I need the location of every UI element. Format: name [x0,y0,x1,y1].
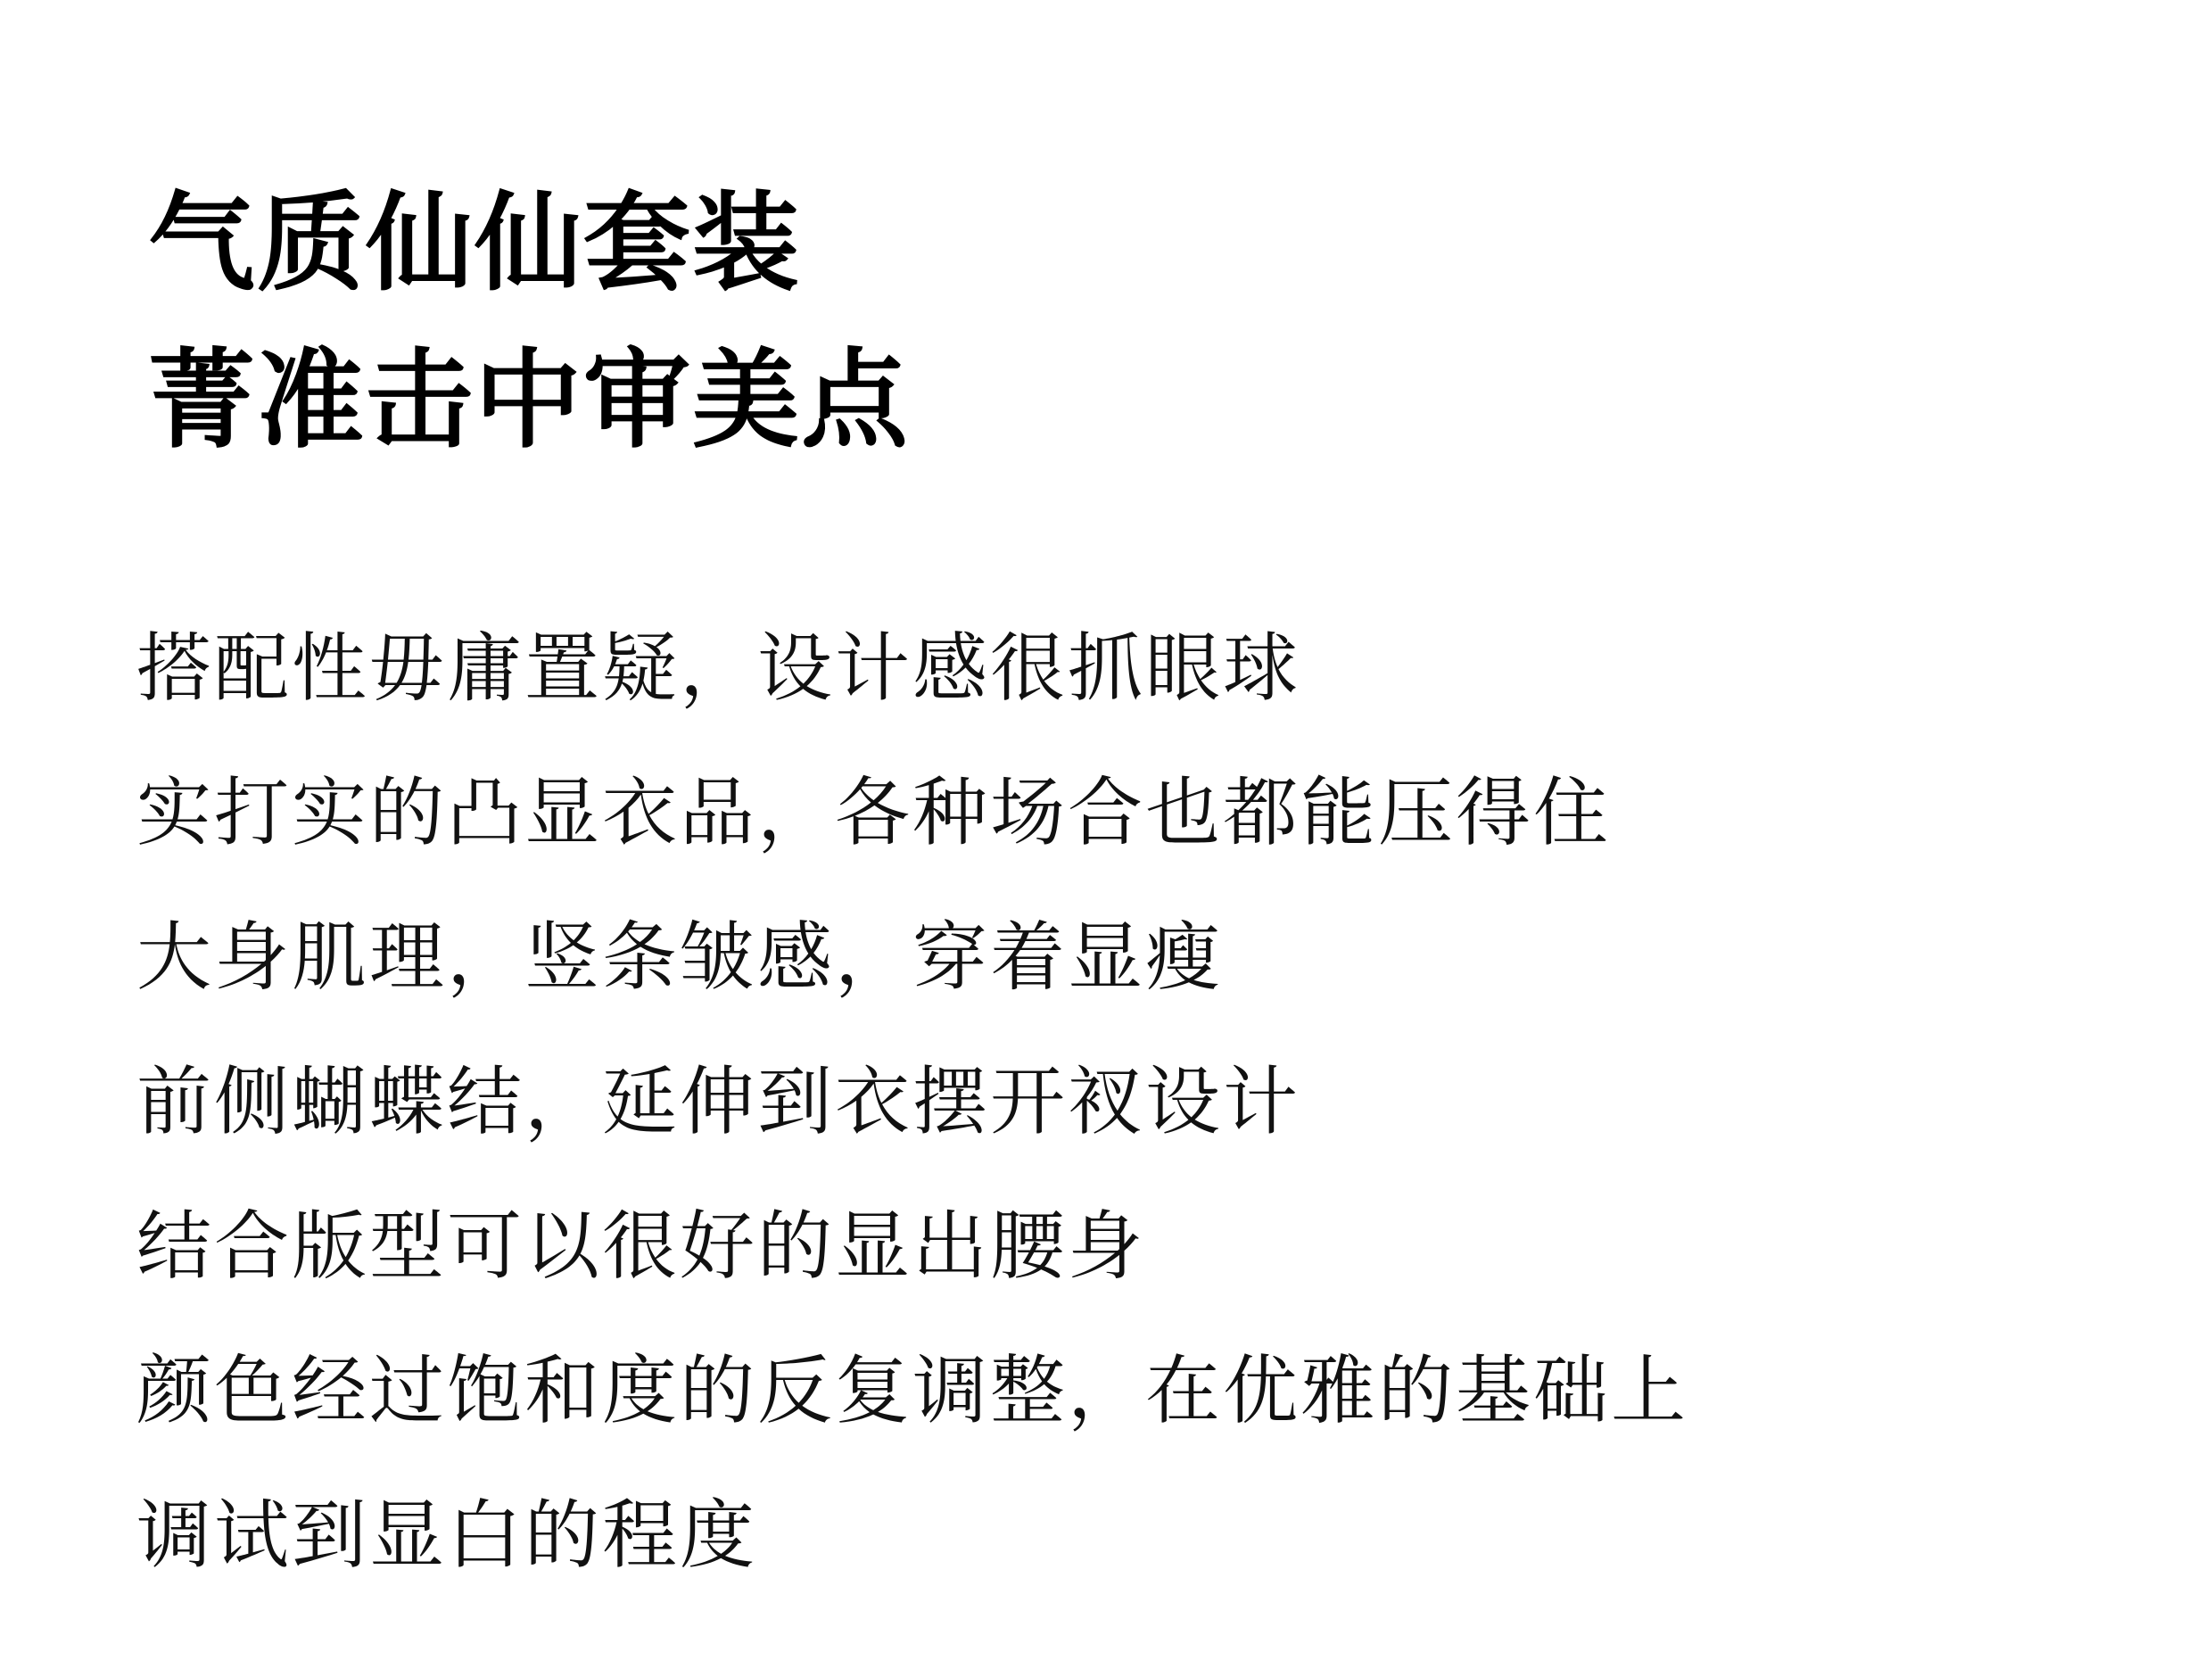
headline-line-1: 气质仙仙套装 [148,166,910,323]
description-line: 结合版型可以很好的显出腰身 [136,1174,1688,1318]
description-line: 前侧蝴蝶结，延伸到衣摆开衩设计 [136,1029,1688,1174]
description-line: 实打实的凸显衣品，各种场合也都能压得住 [136,740,1688,885]
description-line: 搭配性毋庸置疑，设计感很抓眼球 [136,596,1688,740]
description-line: 颜色经过饱和度的反复调整，在优雅的基础上 [136,1318,1688,1463]
description: 搭配性毋庸置疑，设计感很抓眼球 实打实的凸显衣品，各种场合也都能压得住 大身肌理… [136,596,1688,1607]
headline: 气质仙仙套装 菁准击中审美点 [148,166,910,480]
description-line: 调试到显白的程度 [136,1463,1688,1607]
description-line: 大身肌理，竖条皱感，穿着显瘦 [136,885,1688,1029]
headline-line-2: 菁准击中审美点 [148,323,910,480]
